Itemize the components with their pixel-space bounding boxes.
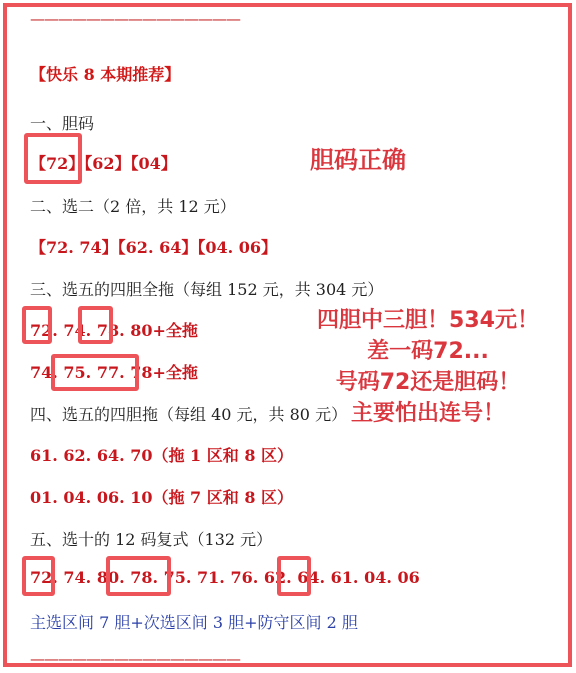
highlight-box-72 — [24, 133, 82, 184]
highlight-box-75-77-78 — [51, 354, 139, 391]
section-1-heading: 一、胆码 — [30, 111, 94, 134]
annotation-line-3: 号码72还是胆码！ — [302, 367, 554, 398]
footer-note: 主选区间 7 胆+次选区间 3 胆+防守区间 2 胆 — [30, 610, 358, 633]
section-5-row-1: 72. 74. 80. 78. 75. 71. 76. 62. 64. 61. … — [30, 568, 420, 587]
annotation-comment: 四胆中三胆！534元！ 差一码72... 号码72还是胆码！ 主要怕出连号！ — [302, 305, 554, 429]
section-3-row-1: 72. 74. 78. 80+全拖 — [30, 318, 198, 341]
section-3-heading: 三、选五的四胆全拖（每组 152 元，共 304 元） — [30, 277, 383, 300]
top-divider: ——————————————— — [30, 10, 240, 28]
section-5-heading: 五、选十的 12 码复式（132 元） — [30, 527, 272, 550]
section-4-heading: 四、选五的四胆拖（每组 40 元，共 80 元） — [30, 402, 347, 425]
highlight-box-78-row3 — [78, 306, 113, 344]
section-4-row-1: 61. 62. 64. 70（拖 1 区和 8 区） — [30, 443, 293, 466]
section-4-row-2: 01. 04. 06. 10（拖 7 区和 8 区） — [30, 485, 293, 508]
annotation-line-4: 主要怕出连号！ — [302, 398, 554, 429]
section-2-row-1: 【72. 74】【62. 64】【04. 06】 — [30, 235, 277, 258]
highlight-box-61 — [277, 556, 311, 596]
annotation-correct: 胆码正确 — [310, 140, 406, 175]
annotation-line-1: 四胆中三胆！534元！ — [302, 305, 554, 336]
highlight-box-72-row5 — [22, 556, 55, 596]
section-2-heading: 二、选二（2 倍，共 12 元） — [30, 194, 236, 217]
highlight-box-78-75 — [106, 556, 171, 596]
document-title: 【快乐 8 本期推荐】 — [30, 62, 180, 85]
highlight-box-72-row3 — [22, 306, 52, 344]
bottom-divider: ——————————————— — [30, 650, 240, 668]
annotation-line-2: 差一码72... — [302, 336, 554, 367]
